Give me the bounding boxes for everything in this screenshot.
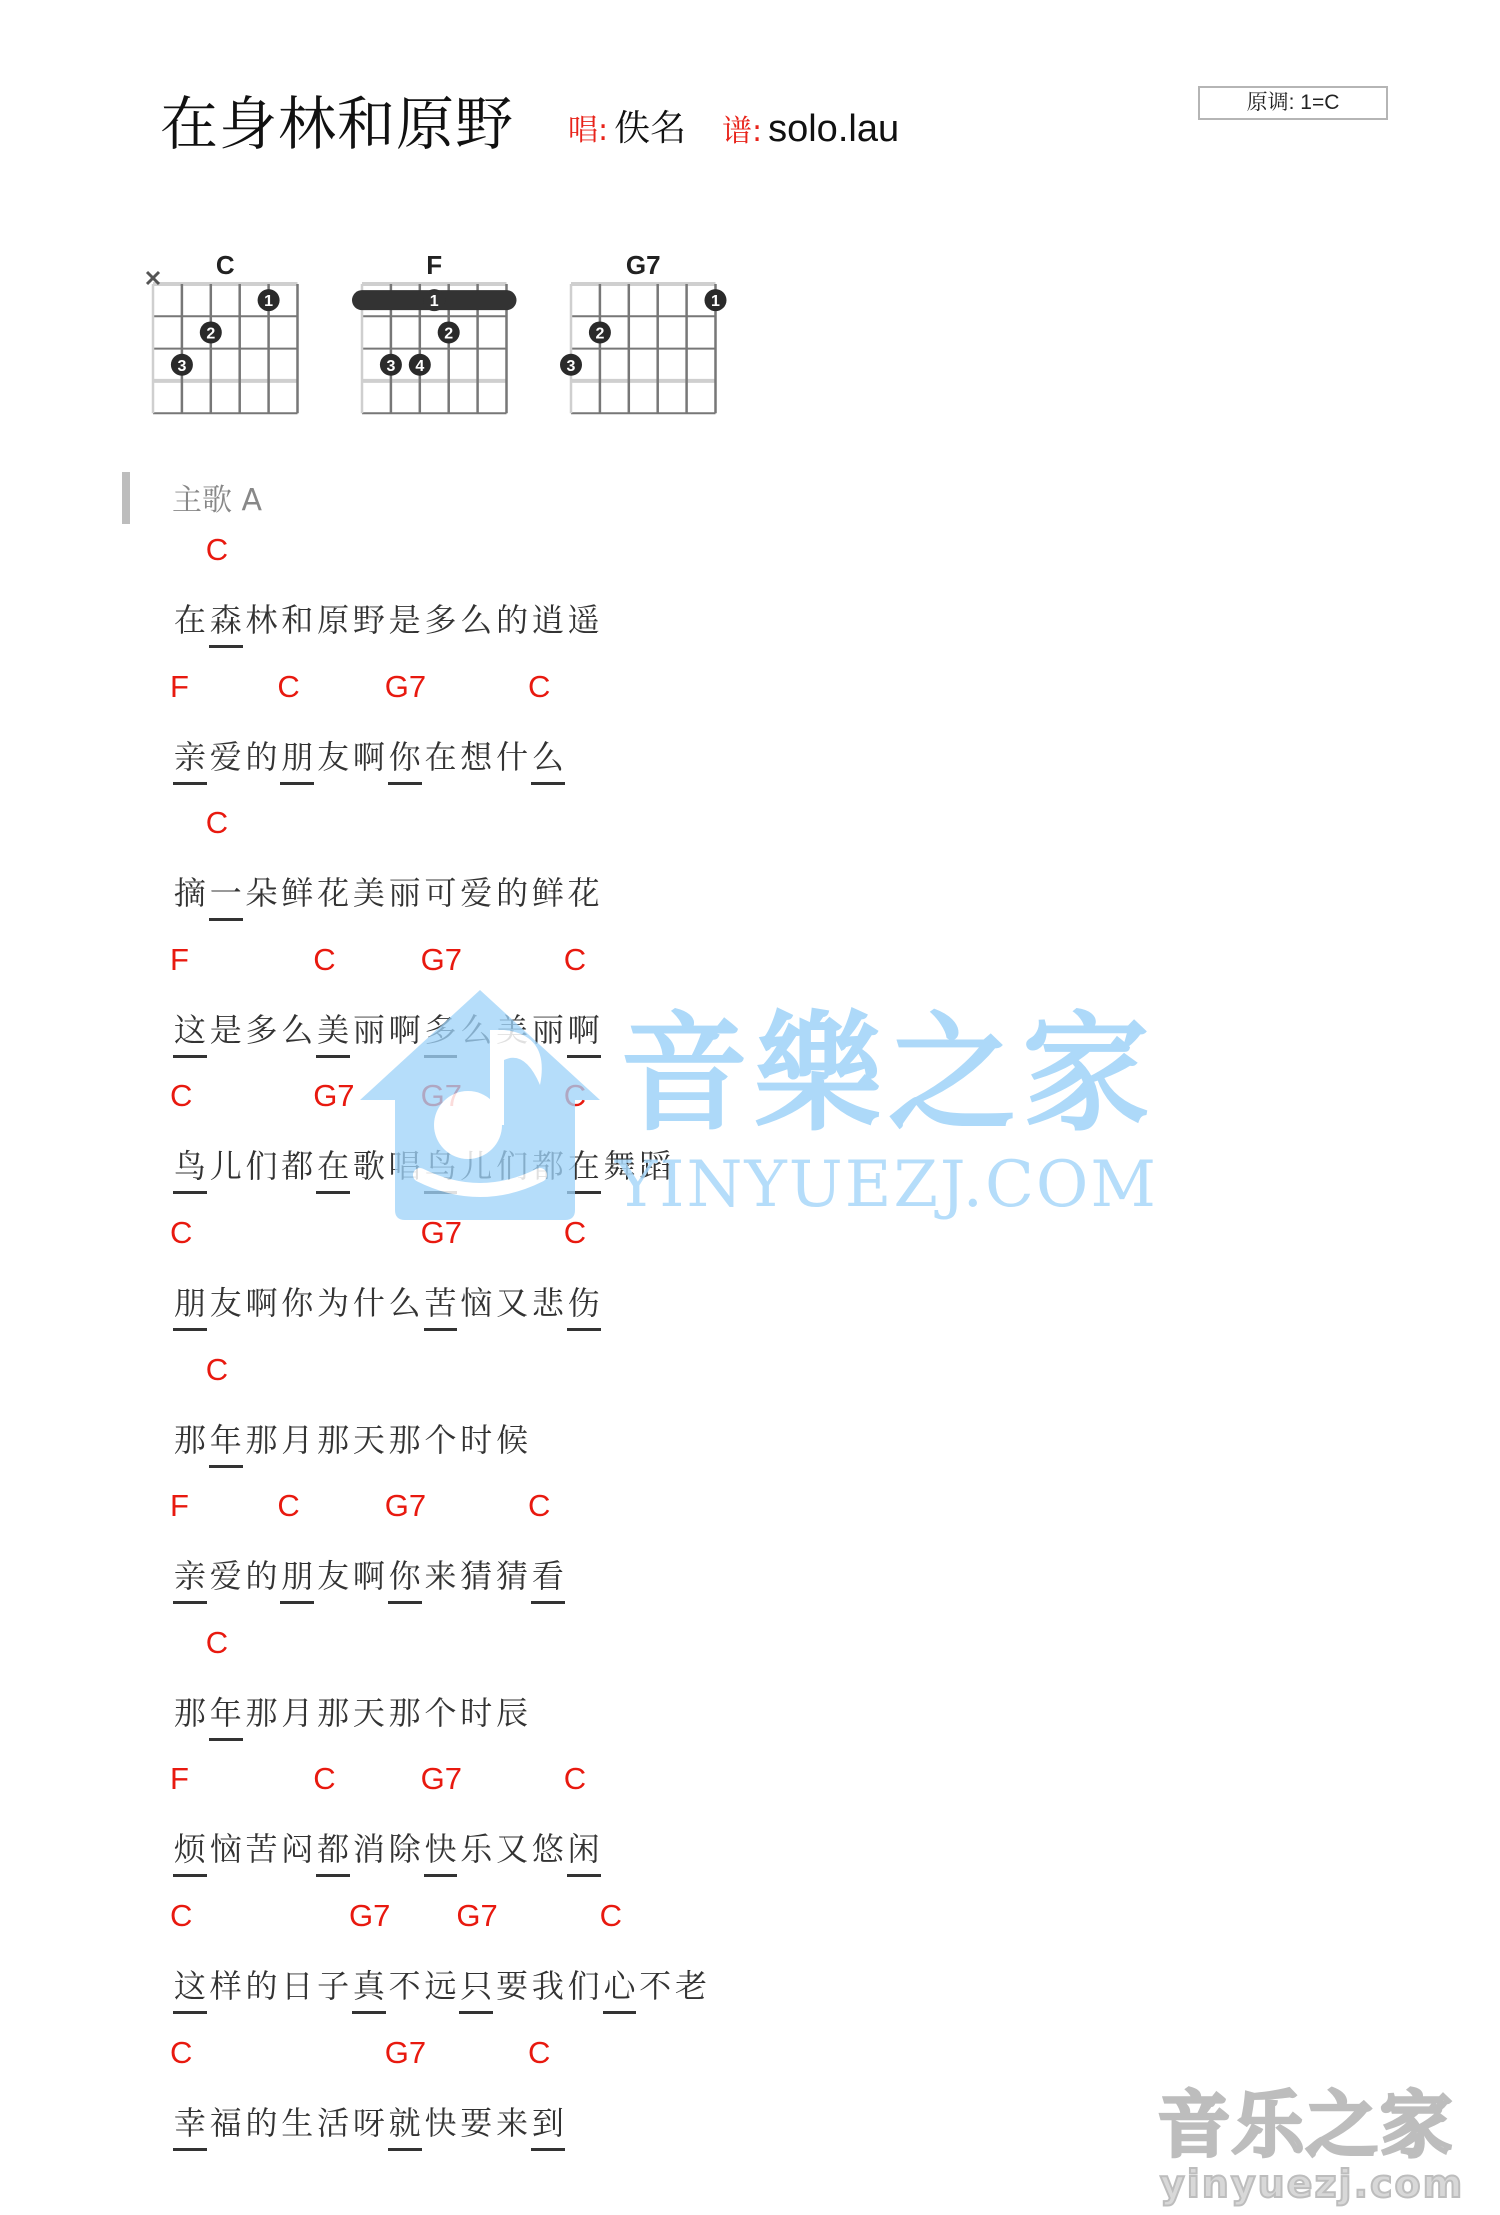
lyric-char: 月 — [279, 1418, 315, 1462]
svg-text:3: 3 — [567, 358, 576, 375]
lyric-char: 天 — [351, 1691, 387, 1735]
lyric-char-chord-marked: 你 — [387, 735, 423, 779]
chord-symbol: F — [170, 667, 189, 707]
svg-text:3: 3 — [386, 358, 395, 375]
lyric-text: 那年那月那天那个时辰 — [172, 1691, 972, 1735]
chord-symbol: C — [564, 1759, 586, 1799]
chord-diagram-f: F1234 — [332, 250, 532, 430]
lyric-char: 是 — [387, 598, 423, 642]
lyric-text: 这是多么美丽啊多么美丽啊 — [172, 1008, 972, 1052]
lyric-char: 在 — [172, 598, 208, 642]
lyric-char: 老 — [673, 1964, 709, 2008]
svg-text:2: 2 — [444, 325, 453, 342]
chord-row: CG7C — [172, 2033, 972, 2073]
lyric-char: 呀 — [351, 2101, 387, 2145]
chord-symbol: G7 — [385, 1486, 426, 1526]
lyric-char: 唱 — [387, 1144, 423, 1188]
lyric-line: CG7C幸福的生活呀就快要来到 — [172, 2033, 972, 2145]
lyric-char: 舞 — [602, 1144, 638, 1188]
lyric-char-chord-marked: 亲 — [172, 735, 208, 779]
chord-symbol: C — [528, 667, 550, 707]
lyric-char-chord-marked: 一 — [208, 871, 244, 915]
chord-symbol: G7 — [385, 2033, 426, 2073]
chord-symbol: C — [600, 1896, 622, 1936]
lyric-char: 那 — [315, 1691, 351, 1735]
lyric-text: 在森林和原野是多么的逍遥 — [172, 598, 972, 642]
chord-row: FCG7C — [172, 940, 972, 980]
lyric-char: 要 — [494, 1964, 530, 2008]
lyric-char: 的 — [244, 735, 280, 779]
lyric-char: 活 — [315, 2101, 351, 2145]
lyric-char: 都 — [279, 1144, 315, 1188]
lyric-char: 为 — [315, 1281, 351, 1325]
finger-dot-icon: 3 — [560, 354, 582, 376]
lyric-char: 歌 — [351, 1144, 387, 1188]
lyric-char: 蹈 — [637, 1144, 673, 1188]
lyric-char: 花 — [315, 871, 351, 915]
lyric-char: 友 — [315, 1554, 351, 1598]
singer-info: 唱:佚名 — [568, 105, 686, 159]
finger-dot-icon: 3 — [380, 354, 402, 376]
lyric-char: 是 — [208, 1008, 244, 1052]
lyric-char: 辰 — [494, 1691, 530, 1735]
lyric-char: 逍 — [530, 598, 566, 642]
score-author: solo.lau — [768, 108, 899, 150]
chord-symbol: F — [170, 1759, 189, 1799]
lyric-char: 原 — [315, 598, 351, 642]
lyric-line: FCG7C烦恼苦闷都消除快乐又悠闲 — [172, 1759, 972, 1871]
chord-symbol: C — [564, 1213, 586, 1253]
finger-dot-icon: 3 — [171, 354, 193, 376]
chord-row: C — [172, 530, 972, 570]
lyric-char: 什 — [351, 1281, 387, 1325]
chord-symbol: C — [313, 940, 335, 980]
lyric-char: 摘 — [172, 871, 208, 915]
lyric-line: CG7C朋友啊你为什么苦恼又悲伤 — [172, 1213, 972, 1325]
lyric-char: 除 — [387, 1827, 423, 1871]
score-label: 谱: — [722, 114, 762, 149]
lyric-char-chord-marked: 幸 — [172, 2101, 208, 2145]
finger-dot-icon: 4 — [409, 354, 431, 376]
lyric-text: 摘一朵鲜花美丽可爱的鲜花 — [172, 871, 972, 915]
lyric-line: CG7G7C这样的日子真不远只要我们心不老 — [172, 1896, 972, 2008]
lyric-char-chord-marked: 苦 — [423, 1281, 459, 1325]
lyric-char: 又 — [494, 1827, 530, 1871]
lyric-text: 亲爱的朋友啊你在想什么 — [172, 735, 972, 779]
svg-text:1: 1 — [711, 293, 720, 310]
lyric-char-chord-marked: 美 — [315, 1008, 351, 1052]
lyric-char-chord-marked: 朋 — [172, 1281, 208, 1325]
lyric-char: 闷 — [279, 1827, 315, 1871]
lyric-char: 那 — [172, 1418, 208, 1462]
finger-dot-icon: 1 — [258, 289, 280, 311]
lyric-char: 不 — [387, 1964, 423, 2008]
lyric-text: 亲爱的朋友啊你来猜猜看 — [172, 1554, 972, 1598]
chord-row: C — [172, 1623, 972, 1663]
lyric-char-chord-marked: 啊 — [566, 1008, 602, 1052]
song-title: 在身林和原野 — [160, 88, 514, 160]
lyric-char: 我 — [530, 1964, 566, 2008]
finger-dot-icon: 2 — [200, 321, 222, 343]
lyric-char: 丽 — [530, 1008, 566, 1052]
chord-row: CG7G7C — [172, 1076, 972, 1116]
chord-row: FCG7C — [172, 1486, 972, 1526]
chord-symbol: C — [528, 2033, 550, 2073]
lyric-char: 个 — [423, 1691, 459, 1735]
corner-watermark-cn: 音乐之家 — [1158, 2085, 1454, 2165]
lyric-char: 日 — [279, 1964, 315, 2008]
lyric-char: 个 — [423, 1418, 459, 1462]
lyric-char: 啊 — [244, 1281, 280, 1325]
lyric-text: 朋友啊你为什么苦恼又悲伤 — [172, 1281, 972, 1325]
lyric-char: 来 — [423, 1554, 459, 1598]
section-label: 主歌 A — [172, 484, 262, 518]
chord-symbol: C — [277, 1486, 299, 1526]
lyric-line: C摘一朵鲜花美丽可爱的鲜花 — [172, 803, 972, 915]
lyric-char: 子 — [315, 1964, 351, 2008]
lyric-char: 什 — [494, 735, 530, 779]
chord-symbol: C — [206, 530, 228, 570]
lyric-char: 那 — [244, 1691, 280, 1735]
lyric-text: 那年那月那天那个时候 — [172, 1418, 972, 1462]
lyric-char: 那 — [244, 1418, 280, 1462]
lyric-char: 啊 — [351, 1554, 387, 1598]
chord-symbol: C — [170, 1213, 192, 1253]
chord-symbol: C — [206, 803, 228, 843]
lyric-char: 儿 — [208, 1144, 244, 1188]
lyric-char: 儿 — [458, 1144, 494, 1188]
lyric-char: 在 — [423, 735, 459, 779]
lyric-line: C那年那月那天那个时候 — [172, 1350, 972, 1462]
lyric-char: 么 — [458, 598, 494, 642]
original-key-badge: 原调: 1=C — [1198, 86, 1388, 120]
lyric-char: 悲 — [530, 1281, 566, 1325]
lyric-char: 鲜 — [530, 871, 566, 915]
lyric-char-chord-marked: 森 — [208, 598, 244, 642]
lyric-char-chord-marked: 闲 — [566, 1827, 602, 1871]
watermark-corner: 音乐之家 yinyuezj.com — [1150, 2085, 1490, 2210]
chord-symbol: G7 — [313, 1076, 354, 1116]
chord-row: CG7C — [172, 1213, 972, 1253]
lyric-char: 恼 — [208, 1827, 244, 1871]
lyric-char-chord-marked: 都 — [315, 1827, 351, 1871]
lyric-char: 候 — [494, 1418, 530, 1462]
lyric-char-chord-marked: 到 — [530, 2101, 566, 2145]
lyric-char-chord-marked: 多 — [423, 1008, 459, 1052]
lyric-char: 友 — [315, 735, 351, 779]
lyric-char: 生 — [279, 2101, 315, 2145]
lyric-char: 啊 — [351, 735, 387, 779]
lyric-char: 的 — [244, 1964, 280, 2008]
lyric-char: 时 — [458, 1418, 494, 1462]
svg-text:2: 2 — [595, 325, 604, 342]
lyric-char-chord-marked: 在 — [566, 1144, 602, 1188]
svg-text:3: 3 — [177, 358, 186, 375]
lyric-char: 的 — [494, 598, 530, 642]
lyric-char-chord-marked: 烦 — [172, 1827, 208, 1871]
lyric-char: 可 — [423, 871, 459, 915]
lyric-char: 的 — [244, 1554, 280, 1598]
lyric-line: FCG7C亲爱的朋友啊你来猜猜看 — [172, 1486, 972, 1598]
chord-symbol: C — [564, 1076, 586, 1116]
lyric-text: 幸福的生活呀就快要来到 — [172, 2101, 972, 2145]
chord-row: FCG7C — [172, 1759, 972, 1799]
lyric-char: 猜 — [458, 1554, 494, 1598]
chord-symbol: C — [170, 2033, 192, 2073]
lyric-char: 那 — [387, 1691, 423, 1735]
lyric-char: 福 — [208, 2101, 244, 2145]
lyric-char: 们 — [244, 1144, 280, 1188]
lyric-char: 友 — [208, 1281, 244, 1325]
chord-symbol: C — [528, 1486, 550, 1526]
lyric-char: 都 — [530, 1144, 566, 1188]
lyric-char-chord-marked: 你 — [387, 1554, 423, 1598]
lyric-char: 要 — [458, 2101, 494, 2145]
svg-text:1: 1 — [264, 293, 273, 310]
lyric-char: 爱 — [458, 871, 494, 915]
lyric-char: 恼 — [458, 1281, 494, 1325]
lyric-char: 多 — [423, 598, 459, 642]
lyric-char-chord-marked: 就 — [387, 2101, 423, 2145]
lyric-char: 林 — [244, 598, 280, 642]
chord-symbol: G7 — [421, 1759, 462, 1799]
lyric-char-chord-marked: 鸟 — [172, 1144, 208, 1188]
svg-text:1: 1 — [430, 293, 439, 310]
lyric-char: 消 — [351, 1827, 387, 1871]
lyric-char-chord-marked: 心 — [602, 1964, 638, 2008]
lyric-char-chord-marked: 亲 — [172, 1554, 208, 1598]
lyric-char-chord-marked: 朋 — [279, 1554, 315, 1598]
lyric-char: 美 — [351, 871, 387, 915]
lyric-char: 月 — [279, 1691, 315, 1735]
lyric-char: 遥 — [566, 598, 602, 642]
lyric-char: 鲜 — [279, 871, 315, 915]
lyric-char: 时 — [458, 1691, 494, 1735]
chord-symbol: G7 — [456, 1896, 497, 1936]
chord-symbol: F — [170, 940, 189, 980]
lyric-line: C那年那月那天那个时辰 — [172, 1623, 972, 1735]
lyric-char: 的 — [244, 2101, 280, 2145]
lyric-text: 这样的日子真不远只要我们心不老 — [172, 1964, 972, 2008]
lyric-char: 样 — [208, 1964, 244, 2008]
lyric-char: 悠 — [530, 1827, 566, 1871]
lyric-char-chord-marked: 真 — [351, 1964, 387, 2008]
lyric-char: 想 — [458, 735, 494, 779]
chord-row: FCG7C — [172, 667, 972, 707]
lyric-char: 们 — [494, 1144, 530, 1188]
lyric-char: 们 — [566, 1964, 602, 2008]
chord-symbol: G7 — [421, 1213, 462, 1253]
chord-symbol: G7 — [349, 1896, 390, 1936]
lyric-char: 猜 — [494, 1554, 530, 1598]
score-info: 谱:solo.lau — [722, 105, 899, 160]
lyric-line: C在森林和原野是多么的逍遥 — [172, 530, 972, 642]
lyric-char: 啊 — [387, 1008, 423, 1052]
section-marker-bar — [122, 472, 130, 524]
finger-dot-icon: 2 — [438, 321, 460, 343]
lyric-char: 么 — [458, 1008, 494, 1052]
singer-label: 唱: — [568, 113, 608, 148]
lyric-char-chord-marked: 年 — [208, 1418, 244, 1462]
lyric-char-chord-marked: 这 — [172, 1964, 208, 2008]
lyric-char: 苦 — [244, 1827, 280, 1871]
chord-symbol: C — [564, 940, 586, 980]
chord-row: C — [172, 1350, 972, 1390]
chord-symbol: C — [313, 1759, 335, 1799]
lyric-char: 么 — [387, 1281, 423, 1325]
lyric-char: 那 — [172, 1691, 208, 1735]
lyric-char-chord-marked: 鸟 — [423, 1144, 459, 1188]
chord-symbol: G7 — [421, 1076, 462, 1116]
chord-symbol: G7 — [385, 667, 426, 707]
chord-symbol: F — [170, 1486, 189, 1526]
lyric-char: 野 — [351, 598, 387, 642]
lyric-text: 鸟儿们都在歌唱鸟儿们都在舞蹈 — [172, 1144, 972, 1188]
lyric-char-chord-marked: 在 — [315, 1144, 351, 1188]
svg-text:4: 4 — [415, 358, 424, 375]
lyric-char: 的 — [494, 871, 530, 915]
chord-symbol: C — [206, 1623, 228, 1663]
corner-watermark-en: yinyuezj.com — [1160, 2163, 1464, 2205]
lyric-line: CG7G7C鸟儿们都在歌唱鸟儿们都在舞蹈 — [172, 1076, 972, 1188]
lyric-char-chord-marked: 这 — [172, 1008, 208, 1052]
lyric-char: 又 — [494, 1281, 530, 1325]
lyric-char: 不 — [637, 1964, 673, 2008]
lyric-char: 远 — [423, 1964, 459, 2008]
chord-diagram-g7: G7123 — [541, 250, 741, 430]
lyric-char: 你 — [279, 1281, 315, 1325]
chord-symbol: C — [206, 1350, 228, 1390]
lyric-char-chord-marked: 年 — [208, 1691, 244, 1735]
lyric-char: 来 — [494, 2101, 530, 2145]
lyric-char: 丽 — [387, 871, 423, 915]
lyric-char: 多 — [244, 1008, 280, 1052]
lyric-char: 乐 — [458, 1827, 494, 1871]
svg-text:2: 2 — [206, 325, 215, 342]
lyric-char: 和 — [279, 598, 315, 642]
lyric-char-chord-marked: 伤 — [566, 1281, 602, 1325]
lyric-char: 快 — [423, 2101, 459, 2145]
lyric-char-chord-marked: 朋 — [279, 735, 315, 779]
lyric-char-chord-marked: 看 — [530, 1554, 566, 1598]
lyric-char: 爱 — [208, 1554, 244, 1598]
lyric-char: 朵 — [244, 871, 280, 915]
lyric-char: 么 — [279, 1008, 315, 1052]
lyric-line: FCG7C这是多么美丽啊多么美丽啊 — [172, 940, 972, 1052]
chord-row: CG7G7C — [172, 1896, 972, 1936]
lyric-char: 那 — [387, 1418, 423, 1462]
finger-dot-icon: 2 — [589, 321, 611, 343]
singer-name: 佚名 — [614, 108, 686, 149]
lyric-char-chord-marked: 么 — [530, 735, 566, 779]
chord-symbol: C — [277, 667, 299, 707]
lyric-char: 爱 — [208, 735, 244, 779]
chord-symbol: C — [170, 1896, 192, 1936]
lyric-text: 烦恼苦闷都消除快乐又悠闲 — [172, 1827, 972, 1871]
chord-row: C — [172, 803, 972, 843]
chord-diagram-c: C123 — [123, 250, 323, 430]
lyric-char: 那 — [315, 1418, 351, 1462]
chord-symbol: G7 — [421, 940, 462, 980]
lyric-char: 天 — [351, 1418, 387, 1462]
lyric-line: FCG7C亲爱的朋友啊你在想什么 — [172, 667, 972, 779]
lyric-char: 丽 — [351, 1008, 387, 1052]
lyric-char-chord-marked: 只 — [458, 1964, 494, 2008]
lyric-char: 花 — [566, 871, 602, 915]
chord-symbol: C — [170, 1076, 192, 1116]
finger-dot-icon: 1 — [705, 289, 727, 311]
lyric-char: 美 — [494, 1008, 530, 1052]
lyric-char-chord-marked: 快 — [423, 1827, 459, 1871]
